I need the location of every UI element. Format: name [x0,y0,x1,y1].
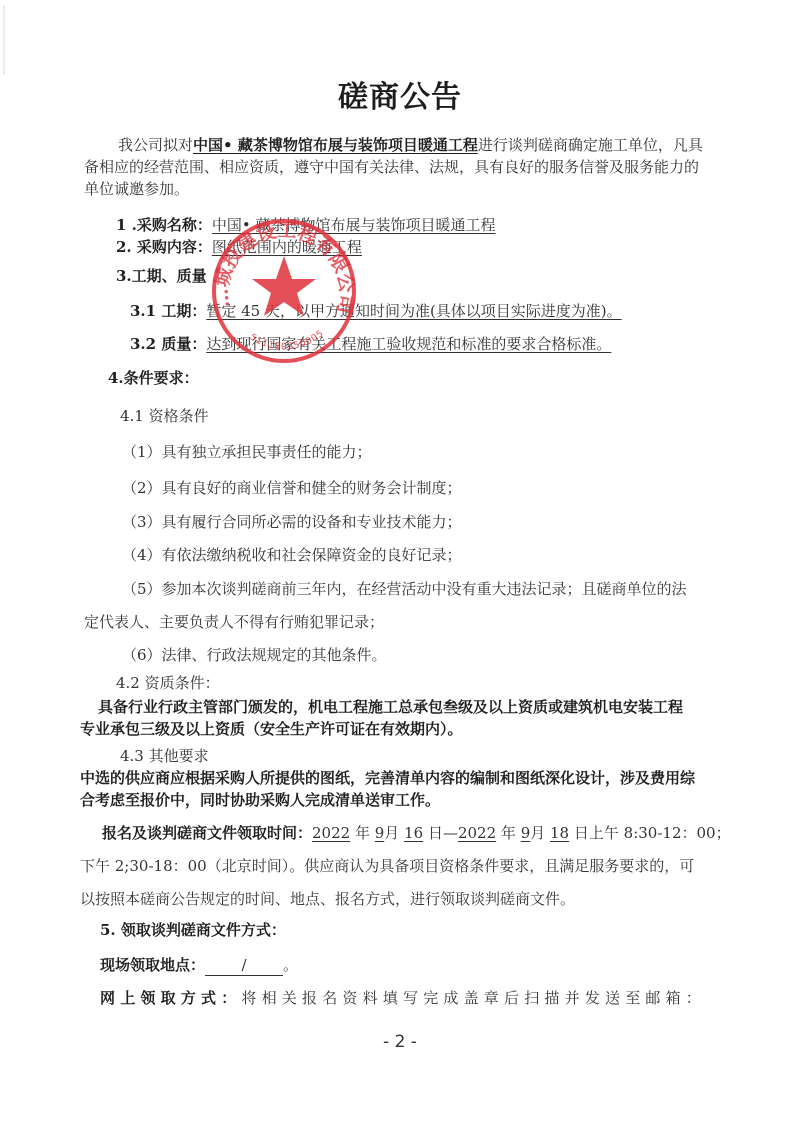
year-sep: 年 [350,824,375,842]
year-sep: 年 [496,824,521,842]
duration-label: 3.1 工期： [130,302,206,320]
certification-line-2: 专业承包三级及以上资质（安全生产许可证在有效期内）。 [80,719,463,739]
requirements-heading: 4.条件要求： [108,368,199,388]
online-value: 将相关报名资料填写完成盖章后扫描并发送至邮箱： [241,989,706,1007]
other-line-1: 中选的供应商应根据采购人所提供的图纸，完善清单内容的编制和图纸深化设计，涉及费用… [80,768,695,788]
duration-value: 暂定 45 天，以甲方通知时间为准(具体以项目实际进度为准)。 [206,302,621,320]
procurement-content-row: 2. 采购内容：图纸范围内的暖通工程 [116,237,362,257]
condition-3: （3）具有履行合同所必需的设备和专业技术能力； [122,512,462,532]
intro-line-1: 我公司拟对中国• 藏茶博物馆布展与装饰项目暖通工程进行谈判磋商确定施工单位，凡具 [118,135,703,155]
condition-2: （2）具有良好的商业信誉和健全的财务会计制度； [122,478,462,498]
time-range: 日上午 8:30-12：00； [569,824,730,842]
qualification-heading: 4.1 资格条件 [120,406,209,426]
registration-line-2: 下午 2;30-18：00（北京时间）。供应商认为具备项目资格条件要求，且满足服… [80,856,694,876]
procurement-name-value: 中国• 藏茶博物馆布展与装饰项目暖通工程 [212,216,496,234]
certification-heading: 4.2 资质条件： [116,673,220,693]
day-sep: 日— [423,824,458,842]
registration-line-1: 报名及谈判磋商文件领取时间：2022 年 9月 16 日—2022 年 9月 1… [102,823,731,843]
intro-project-name: 中国• 藏茶博物馆布展与装饰项目暖通工程 [193,136,478,154]
start-year: 2022 [312,824,350,842]
other-line-2: 合考虑至报价中，同时协助采购人完成清单送审工作。 [80,790,440,810]
end-day: 18 [550,824,569,842]
page-number: - 2 - [0,1032,800,1052]
page-title: 磋商公告 [0,72,800,116]
end-month: 9 [521,824,531,842]
condition-5-cont: 定代表人、主要负责人不得有行贿犯罪记录； [84,612,384,632]
intro-line-2: 备相应的经营范围、相应资质，遵守中国有关法律、法规，具有良好的服务信誉及服务能力… [84,157,699,177]
procurement-name-label: 1 .采购名称： [116,216,212,234]
online-label: 网上领取方式： [100,989,241,1007]
condition-5: （5）参加本次谈判磋商前三年内，在经营活动中没有重大违法记录；且磋商单位的法 [122,579,687,599]
month-sep: 月 [530,824,550,842]
procurement-content-label: 2. 采购内容： [116,238,212,256]
onsite-label: 现场领取地点： [100,956,205,974]
onsite-value: / [205,955,283,976]
start-month: 9 [375,824,385,842]
quality-row: 3.2 质量：达到现行国家有关工程施工验收规范和标准的要求合格标准。 [130,334,611,354]
month-sep: 月 [384,824,404,842]
intro-line-3: 单位诚邀参加。 [84,179,189,199]
other-heading: 4.3 其他要求 [120,746,209,766]
condition-1: （1）具有独立承担民事责任的能力； [122,442,372,462]
quality-value: 达到现行国家有关工程施工验收规范和标准的要求合格标准。 [206,335,611,353]
procurement-content-value: 图纸范围内的暖通工程 [212,238,362,256]
registration-line-3: 以按照本磋商公告规定的时间、地点、报名方式，进行领取谈判磋商文件。 [80,889,575,909]
duration-quality-heading: 3.工期、质量 [116,266,207,286]
procurement-name-row: 1 .采购名称：中国• 藏茶博物馆布展与装饰项目暖通工程 [116,215,496,235]
condition-6: （6）法律、行政法规规定的其他条件。 [122,645,387,665]
collection-heading: 5. 领取谈判磋商文件方式： [100,920,286,940]
end-year: 2022 [458,824,496,842]
scan-edge [3,5,5,75]
onsite-row: 现场领取地点：/。 [100,955,298,976]
onsite-end: 。 [283,956,298,974]
quality-label: 3.2 质量： [130,335,206,353]
registration-label: 报名及谈判磋商文件领取时间： [102,824,312,842]
intro-line1-suffix: 进行谈判磋商确定施工单位，凡具 [478,136,703,154]
condition-4: （4）有依法缴纳税收和社会保障资金的良好记录； [122,545,462,565]
certification-line-1: 具备行业行政主管部门颁发的，机电工程施工总承包叁级及以上资质或建筑机电安装工程 [98,697,683,717]
duration-row: 3.1 工期：暂定 45 天，以甲方通知时间为准(具体以项目实际进度为准)。 [130,301,622,321]
online-row: 网上领取方式：将相关报名资料填写完成盖章后扫描并发送至邮箱： [100,988,706,1008]
start-day: 16 [404,824,423,842]
intro-prefix: 我公司拟对 [118,136,193,154]
